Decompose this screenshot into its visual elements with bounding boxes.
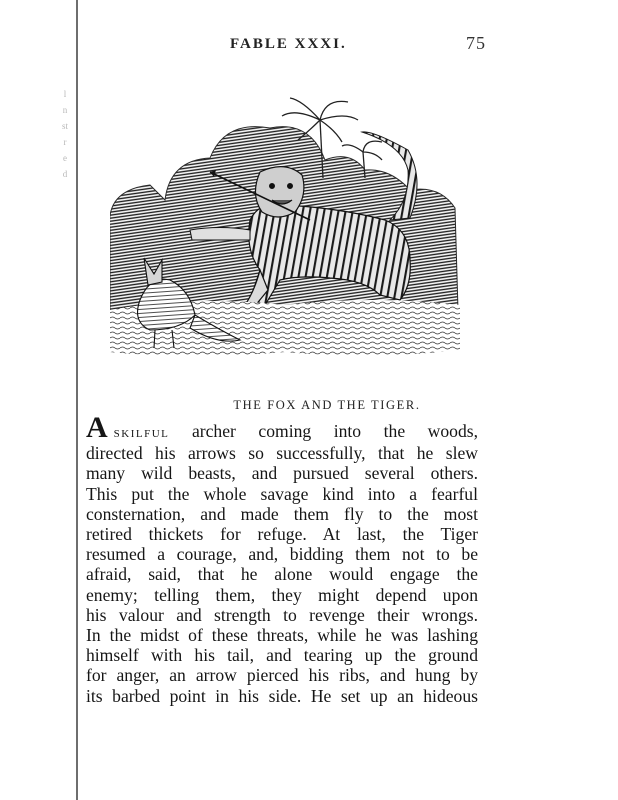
text-line: himself with his tail, and tearing up th…	[86, 645, 478, 665]
fable-body-text: Askilful archer coming into the woods, d…	[86, 418, 478, 706]
text-line: for anger, an arrow pierced his ribs, an…	[86, 665, 478, 685]
bleed-letter: d	[60, 166, 70, 182]
text-line: its barbed point in his side. He set up …	[86, 686, 478, 706]
text-line: consternation, and made them fly to the …	[86, 504, 478, 524]
bleed-letter: l	[60, 86, 70, 102]
text-line: enemy; telling them, they might depend u…	[86, 585, 478, 605]
page-number: 75	[466, 33, 486, 54]
text-line: In the midst of these threats, while he …	[86, 625, 478, 645]
text-line: afraid, said, that he alone would engage…	[86, 564, 478, 584]
woodcut-illustration	[110, 90, 460, 380]
text-line: his valour and strength to revenge their…	[86, 605, 478, 625]
text-line: directed his arrows so successfully, tha…	[86, 443, 478, 463]
first-line-text: archer coming into the woods,	[192, 421, 478, 441]
bleed-letter: n	[60, 102, 70, 118]
bleed-through-text: l n st r e d	[60, 86, 70, 182]
bleed-letter: r	[60, 134, 70, 150]
text-line: retired thickets for refuge. At last, th…	[86, 524, 478, 544]
bleed-letter: e	[60, 150, 70, 166]
text-line: many wild beasts, and pursued several ot…	[86, 463, 478, 483]
text-line: Askilful archer coming into the woods,	[86, 418, 478, 443]
tiger-fox-engraving-icon	[110, 90, 460, 380]
small-caps-lead: skilful	[114, 425, 170, 441]
drop-cap: A	[86, 411, 108, 444]
text-line: resumed a courage, and, bidding them not…	[86, 544, 478, 564]
running-head: FABLE XXXI.	[230, 36, 347, 53]
text-line: This put the whole savage kind into a fe…	[86, 484, 478, 504]
bleed-letter: st	[60, 118, 70, 134]
